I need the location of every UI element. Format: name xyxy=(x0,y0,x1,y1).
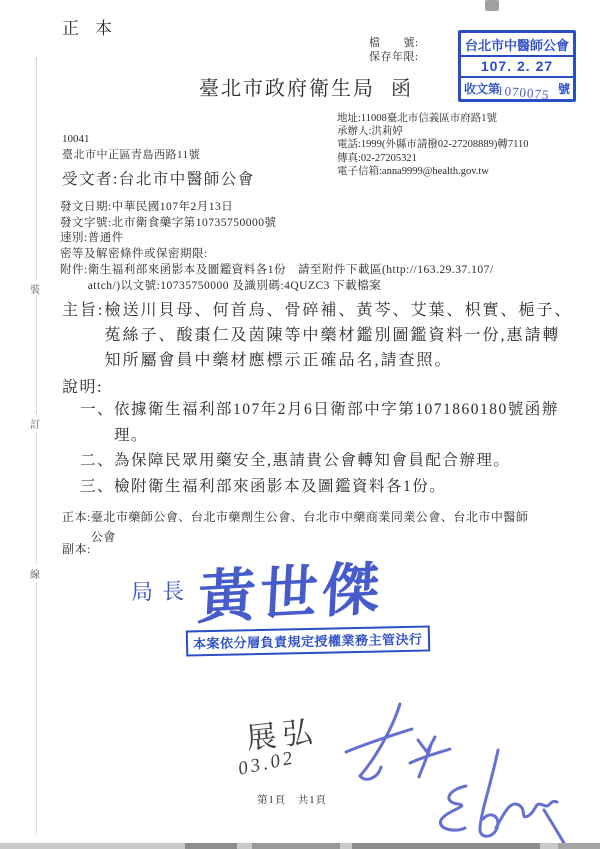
description-item-2: 二、 為保障民眾用藥安全,惠請貴公會轉知會員配合辦理。 xyxy=(80,448,559,474)
issue-number: 發文字號:北市衛食藥字第10735750000號 xyxy=(60,216,494,232)
description-item-1: 一、 依據衛生福利部107年2月6日衛部中字第1071860180號函辦 理。 xyxy=(80,397,559,448)
attachment-label: 附件: xyxy=(60,263,88,294)
recipient-street: 臺北市中正區青島西路11號 xyxy=(62,146,200,162)
scan-edge-segment xyxy=(252,843,340,849)
receive-stamp-date: 107. 2. 27 xyxy=(461,57,573,78)
scan-edge-segment xyxy=(352,843,540,849)
attachment-line: 附件: 衛生福利部來函影本及圖鑑資料各1份 請至附件下載區(http://163… xyxy=(60,263,494,294)
document-meta-block: 發文日期:中華民國107年2月13日 發文字號:北市衛食藥字第107357500… xyxy=(60,200,494,294)
cc-label: 副本: xyxy=(62,540,91,557)
file-number-block: 檔 號: 保存年限: xyxy=(369,37,419,64)
item-2-text: 為保障民眾用藥安全,惠請貴公會轉知會員配合辦理。 xyxy=(114,448,510,474)
receipt-prefix: 收文第 xyxy=(464,80,500,99)
document-type: 函 xyxy=(391,78,413,100)
binding-dotted-line xyxy=(36,58,37,834)
binding-mark-ding: 訂 xyxy=(30,415,40,432)
handwritten-date: 03.02 xyxy=(236,747,297,781)
subject-line-3: 知所屬會員中藥材應標示正確品名,請查照。 xyxy=(104,348,572,373)
page-number-footer: 第1頁 共1頁 xyxy=(257,792,327,807)
sender-contact-person: 承辦人:洪莉婷 xyxy=(337,125,529,138)
recipient-line: 受文者:台北市中醫師公會 xyxy=(62,167,255,189)
attachment-text-1: 衛生福利部來函影本及圖鑑資料各1份 請至附件下載區(http://163.29.… xyxy=(88,263,494,279)
receipt-suffix: 號 xyxy=(558,80,570,99)
item-1-line-1: 依據衛生福利部107年2月6日衛部中字第1071860180號函辦 xyxy=(114,397,559,423)
retention-period-label: 保存年限: xyxy=(369,51,419,65)
original-recipients-block: 正本: 臺北市藥師公會、台北市藥劑生公會、台北市中藥商業同業公會、台北市中醫師 … xyxy=(62,507,528,547)
recipient-zip: 10041 xyxy=(62,133,90,145)
scan-edge-bar xyxy=(0,843,600,849)
issuing-agency: 臺北市政府衛生局 xyxy=(199,78,375,100)
signer-title: 局長 xyxy=(131,574,194,606)
receive-stamp-org: 台北市中醫師公會 xyxy=(461,33,573,57)
speed-class: 速別:普通件 xyxy=(60,231,494,247)
delegation-stamp: 本案依分層負責規定授權業務主管決行 xyxy=(186,625,430,656)
official-letter-scan: 正本 檔 號: 保存年限: 台北市中醫師公會 107. 2. 27 收文第 10… xyxy=(0,0,600,849)
sender-email: 電子信箱:anna9999@health.gov.tw xyxy=(337,165,529,178)
description-items: 一、 依據衛生福利部107年2月6日衛部中字第1071860180號函辦 理。 … xyxy=(80,397,559,499)
subject-block: 主旨: 檢送川貝母、何首烏、骨碎補、黃芩、艾葉、枳實、梔子、 菟絲子、酸棗仁及茵… xyxy=(62,298,572,373)
attachment-text-2: attch/)以文號:10735750000 及識別碼:4QUZC3 下載檔案 xyxy=(88,279,494,295)
description-label: 說明: xyxy=(62,374,103,397)
item-number: 二、 xyxy=(80,448,114,474)
issue-date: 發文日期:中華民國107年2月13日 xyxy=(60,200,494,216)
item-3-text: 檢附衛生福利部來函影本及圖鑑資料各1份。 xyxy=(114,474,446,500)
receive-stamp: 台北市中醫師公會 107. 2. 27 收文第 1070075 號 xyxy=(458,30,576,102)
original-line-1: 臺北市藥師公會、台北市藥劑生公會、台北市中藥商業同業公會、台北市中醫師 xyxy=(91,507,529,527)
scan-artifact-corner xyxy=(485,0,499,11)
sender-address: 地址:11008臺北市信義區市府路1號 xyxy=(337,112,529,125)
security-class: 密等及解密條件或保密期限: xyxy=(60,247,494,263)
sender-fax: 傳真:02-27205321 xyxy=(337,152,529,165)
subject-line-2: 菟絲子、酸棗仁及茵陳等中藥材鑑別圖鑑資料一份,惠請轉 xyxy=(104,323,572,348)
document-title: 臺北市政府衛生局函 xyxy=(199,72,413,101)
subject-line-1: 檢送川貝母、何首烏、骨碎補、黃芩、艾葉、枳實、梔子、 xyxy=(104,298,572,323)
binding-mark-zhuang: 裝 xyxy=(30,280,40,297)
item-number: 三、 xyxy=(80,474,114,500)
scan-edge-segment xyxy=(558,843,600,849)
file-number-label: 檔 號: xyxy=(369,37,419,51)
sender-phone: 電話:1999(外縣市請撥02-27208889)轉7110 xyxy=(337,138,529,151)
receive-stamp-number-row: 收文第 1070075 號 xyxy=(461,78,573,99)
item-number: 一、 xyxy=(80,397,114,448)
binding-mark-xian: 線 xyxy=(30,565,40,582)
subject-label: 主旨: xyxy=(62,298,104,373)
item-1-line-2: 理。 xyxy=(114,423,559,449)
signer-signature: 黃世傑 xyxy=(196,541,386,635)
scan-edge-segment xyxy=(185,843,237,849)
description-item-3: 三、 檢附衛生福利部來函影本及圖鑑資料各1份。 xyxy=(80,474,559,500)
sender-contact-block: 地址:11008臺北市信義區市府路1號 承辦人:洪莉婷 電話:1999(外縣市請… xyxy=(337,112,529,178)
handwritten-signature-scribble xyxy=(330,690,600,849)
copy-type-label: 正本 xyxy=(62,14,128,39)
receipt-number-handwritten: 1070075 xyxy=(496,83,550,104)
